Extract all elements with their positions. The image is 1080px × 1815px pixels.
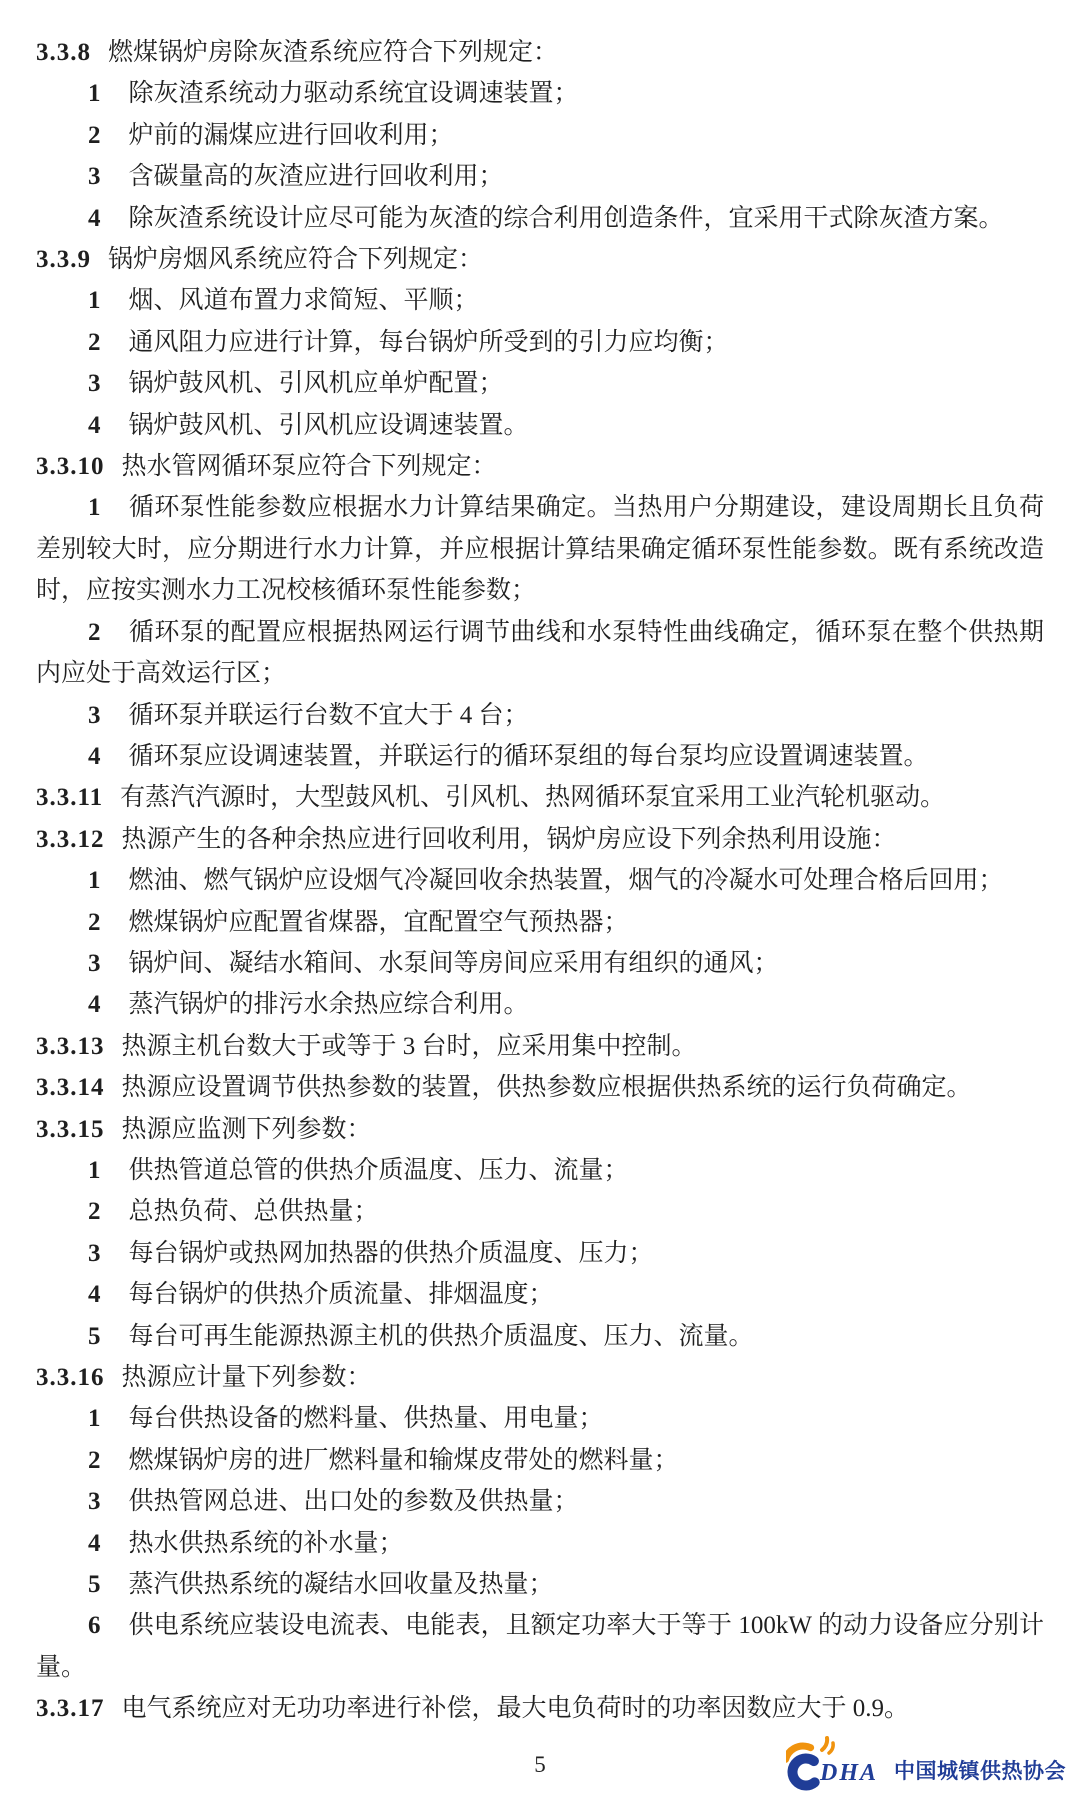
- clause-3.3.14: 3.3.14热源应设置调节供热参数的装置，供热参数应根据供热系统的运行负荷确定。: [36, 1067, 1044, 1108]
- clause-3.3.11: 3.3.11有蒸汽汽源时，大型鼓风机、引风机、热网循环泵宜采用工业汽轮机驱动。: [36, 777, 1044, 818]
- paragraph-number: 3.3.9: [36, 246, 91, 273]
- clause-item: 2燃煤锅炉房的进厂燃料量和输煤皮带处的燃料量；: [36, 1440, 1044, 1481]
- paragraph-text: 电气系统应对无功功率进行补偿，最大电负荷时的功率因数应大于 0.9。: [122, 1695, 910, 1722]
- paragraph-number: 3: [88, 370, 101, 397]
- clause-item: 2炉前的漏煤应进行回收利用；: [36, 115, 1044, 156]
- paragraph-number: 3.3.11: [36, 784, 103, 811]
- paragraph-number: 2: [88, 909, 101, 936]
- clause-item: 2总热负荷、总供热量；: [36, 1191, 1044, 1232]
- paragraph-text: 热源主机台数大于或等于 3 台时，应采用集中控制。: [122, 1033, 697, 1060]
- paragraph-text: 循环泵应设调速装置，并联运行的循环泵组的每台泵均应设置调速装置。: [129, 743, 929, 770]
- paragraph-number: 6: [88, 1612, 101, 1639]
- paragraph-number: 3.3.14: [36, 1074, 105, 1101]
- clause-item: 4每台锅炉的供热介质流量、排烟温度；: [36, 1274, 1044, 1315]
- clause-item: 5蒸汽供热系统的凝结水回收量及热量；: [36, 1564, 1044, 1605]
- paragraph-number: 3.3.15: [36, 1116, 105, 1143]
- clause-3.3.12: 3.3.12热源产生的各种余热应进行回收利用，锅炉房应设下列余热利用设施：: [36, 819, 1044, 860]
- clause-item: 4蒸汽锅炉的排污水余热应综合利用。: [36, 984, 1044, 1025]
- paragraph-number: 1: [88, 287, 101, 314]
- paragraph-text: 热源产生的各种余热应进行回收利用，锅炉房应设下列余热利用设施：: [122, 826, 897, 853]
- paragraph-text: 燃煤锅炉房的进厂燃料量和输煤皮带处的燃料量；: [129, 1447, 679, 1474]
- clause-3.3.10: 3.3.10热水管网循环泵应符合下列规定：: [36, 446, 1044, 487]
- paragraph-text: 供热管道总管的供热介质温度、压力、流量；: [129, 1157, 629, 1184]
- paragraph-text: 锅炉间、凝结水箱间、水泵间等房间应采用有组织的通风；: [129, 950, 779, 977]
- paragraph-text: 供电系统应装设电流表、电能表，且额定功率大于等于 100kW 的动力设备应分别计…: [36, 1612, 1044, 1680]
- paragraph-text: 燃煤锅炉应配置省煤器，宜配置空气预热器；: [129, 909, 629, 936]
- paragraph-number: 2: [88, 619, 101, 646]
- paragraph-number: 4: [88, 743, 101, 770]
- paragraph-text: 热水供热系统的补水量；: [129, 1530, 404, 1557]
- paragraph-number: 4: [88, 412, 101, 439]
- paragraph-text: 锅炉鼓风机、引风机应单炉配置；: [129, 370, 504, 397]
- clause-item: 3每台锅炉或热网加热器的供热介质温度、压力；: [36, 1233, 1044, 1274]
- document-body: 3.3.8燃煤锅炉房除灰渣系统应符合下列规定：1除灰渣系统动力驱动系统宜设调速装…: [36, 32, 1044, 1730]
- paragraph-number: 1: [88, 867, 101, 894]
- paragraph-number: 5: [88, 1571, 101, 1598]
- paragraph-number: 4: [88, 1281, 101, 1308]
- clause-3.3.8: 3.3.8燃煤锅炉房除灰渣系统应符合下列规定：: [36, 32, 1044, 73]
- clause-item: 3含碳量高的灰渣应进行回收利用；: [36, 156, 1044, 197]
- clause-item: 3锅炉鼓风机、引风机应单炉配置；: [36, 363, 1044, 404]
- clause-3.3.13: 3.3.13热源主机台数大于或等于 3 台时，应采用集中控制。: [36, 1026, 1044, 1067]
- paragraph-number: 5: [88, 1323, 101, 1350]
- paragraph-text: 供热管网总进、出口处的参数及供热量；: [129, 1488, 579, 1515]
- paragraph-number: 4: [88, 991, 101, 1018]
- paragraph-text: 燃煤锅炉房除灰渣系统应符合下列规定：: [108, 39, 558, 66]
- clause-item: 3供热管网总进、出口处的参数及供热量；: [36, 1481, 1044, 1522]
- paragraph-text: 炉前的漏煤应进行回收利用；: [129, 122, 454, 149]
- paragraph-number: 2: [88, 1447, 101, 1474]
- clause-item: 2燃煤锅炉应配置省煤器，宜配置空气预热器；: [36, 902, 1044, 943]
- paragraph-text: 总热负荷、总供热量；: [129, 1198, 379, 1225]
- paragraph-text: 每台可再生能源热源主机的供热介质温度、压力、流量。: [129, 1323, 754, 1350]
- clause-3.3.17: 3.3.17电气系统应对无功功率进行补偿，最大电负荷时的功率因数应大于 0.9。: [36, 1688, 1044, 1729]
- paragraph-text: 每台锅炉的供热介质流量、排烟温度；: [129, 1281, 554, 1308]
- clause-item: 1燃油、燃气锅炉应设烟气冷凝回收余热装置，烟气的冷凝水可处理合格后回用；: [36, 860, 1044, 901]
- clause-item: 4锅炉鼓风机、引风机应设调速装置。: [36, 405, 1044, 446]
- paragraph-number: 3: [88, 1240, 101, 1267]
- paragraph-text: 蒸汽供热系统的凝结水回收量及热量；: [129, 1571, 554, 1598]
- paragraph-number: 3: [88, 950, 101, 977]
- document-page: 3.3.8燃煤锅炉房除灰渣系统应符合下列规定：1除灰渣系统动力驱动系统宜设调速装…: [0, 0, 1080, 1815]
- paragraph-number: 3: [88, 163, 101, 190]
- paragraph-number: 3: [88, 702, 101, 729]
- paragraph-number: 3.3.13: [36, 1033, 105, 1060]
- paragraph-text: 热源应监测下列参数：: [122, 1116, 372, 1143]
- paragraph-text: 循环泵并联运行台数不宜大于 4 台；: [129, 702, 529, 729]
- clause-item: 5每台可再生能源热源主机的供热介质温度、压力、流量。: [36, 1316, 1044, 1357]
- paragraph-text: 锅炉鼓风机、引风机应设调速装置。: [129, 412, 529, 439]
- clause-item: 2循环泵的配置应根据热网运行调节曲线和水泵特性曲线确定，循环泵在整个供热期内应处…: [36, 612, 1044, 695]
- clause-item: 6供电系统应装设电流表、电能表，且额定功率大于等于 100kW 的动力设备应分别…: [36, 1605, 1044, 1688]
- paragraph-text: 热水管网循环泵应符合下列规定：: [122, 453, 497, 480]
- clause-3.3.15: 3.3.15热源应监测下列参数：: [36, 1109, 1044, 1150]
- paragraph-text: 含碳量高的灰渣应进行回收利用；: [129, 163, 504, 190]
- paragraph-number: 1: [88, 1157, 101, 1184]
- logo-org-name: 中国城镇供热协会: [894, 1755, 1066, 1794]
- clause-item: 3锅炉间、凝结水箱间、水泵间等房间应采用有组织的通风；: [36, 943, 1044, 984]
- paragraph-text: 蒸汽锅炉的排污水余热应综合利用。: [129, 991, 529, 1018]
- clause-item: 1除灰渣系统动力驱动系统宜设调速装置；: [36, 73, 1044, 114]
- paragraph-text: 循环泵的配置应根据热网运行调节曲线和水泵特性曲线确定，循环泵在整个供热期内应处于…: [36, 619, 1044, 687]
- clause-item: 1循环泵性能参数应根据水力计算结果确定。当热用户分期建设，建设周期长且负荷差别较…: [36, 487, 1044, 611]
- paragraph-number: 3.3.16: [36, 1364, 105, 1391]
- paragraph-number: 4: [88, 205, 101, 232]
- paragraph-text: 循环泵性能参数应根据水力计算结果确定。当热用户分期建设，建设周期长且负荷差别较大…: [36, 494, 1044, 604]
- paragraph-text: 除灰渣系统设计应尽可能为灰渣的综合利用创造条件，宜采用干式除灰渣方案。: [129, 205, 1004, 232]
- clause-item: 3循环泵并联运行台数不宜大于 4 台；: [36, 695, 1044, 736]
- paragraph-text: 通风阻力应进行计算，每台锅炉所受到的引力应均衡；: [129, 329, 729, 356]
- paragraph-number: 1: [88, 494, 101, 521]
- paragraph-number: 1: [88, 80, 101, 107]
- logo-abbr-text: DHA: [820, 1760, 878, 1794]
- paragraph-text: 每台锅炉或热网加热器的供热介质温度、压力；: [129, 1240, 654, 1267]
- clause-item: 4循环泵应设调速装置，并联运行的循环泵组的每台泵均应设置调速装置。: [36, 736, 1044, 777]
- paragraph-number: 4: [88, 1530, 101, 1557]
- paragraph-text: 烟、风道布置力求简短、平顺；: [129, 287, 479, 314]
- paragraph-number: 3.3.12: [36, 826, 105, 853]
- paragraph-number: 3.3.10: [36, 453, 105, 480]
- paragraph-text: 热源应计量下列参数：: [122, 1364, 372, 1391]
- clause-item: 4除灰渣系统设计应尽可能为灰渣的综合利用创造条件，宜采用干式除灰渣方案。: [36, 198, 1044, 239]
- paragraph-number: 1: [88, 1405, 101, 1432]
- paragraph-number: 3: [88, 1488, 101, 1515]
- clause-3.3.16: 3.3.16热源应计量下列参数：: [36, 1357, 1044, 1398]
- paragraph-number: 2: [88, 1198, 101, 1225]
- paragraph-text: 除灰渣系统动力驱动系统宜设调速装置；: [129, 80, 579, 107]
- paragraph-text: 每台供热设备的燃料量、供热量、用电量；: [129, 1405, 604, 1432]
- cdha-logo: DHA 中国城镇供热协会: [786, 1736, 1066, 1794]
- clause-item: 1烟、风道布置力求简短、平顺；: [36, 280, 1044, 321]
- paragraph-number: 2: [88, 329, 101, 356]
- paragraph-number: 3.3.8: [36, 39, 91, 66]
- clause-item: 1供热管道总管的供热介质温度、压力、流量；: [36, 1150, 1044, 1191]
- paragraph-text: 燃油、燃气锅炉应设烟气冷凝回收余热装置，烟气的冷凝水可处理合格后回用；: [129, 867, 1004, 894]
- clause-item: 1每台供热设备的燃料量、供热量、用电量；: [36, 1398, 1044, 1439]
- paragraph-text: 热源应设置调节供热参数的装置，供热参数应根据供热系统的运行负荷确定。: [122, 1074, 972, 1101]
- paragraph-text: 有蒸汽汽源时，大型鼓风机、引风机、热网循环泵宜采用工业汽轮机驱动。: [120, 784, 945, 811]
- paragraph-number: 2: [88, 122, 101, 149]
- clause-3.3.9: 3.3.9锅炉房烟风系统应符合下列规定：: [36, 239, 1044, 280]
- clause-item: 2通风阻力应进行计算，每台锅炉所受到的引力应均衡；: [36, 322, 1044, 363]
- paragraph-number: 3.3.17: [36, 1695, 105, 1722]
- paragraph-text: 锅炉房烟风系统应符合下列规定：: [108, 246, 483, 273]
- clause-item: 4热水供热系统的补水量；: [36, 1523, 1044, 1564]
